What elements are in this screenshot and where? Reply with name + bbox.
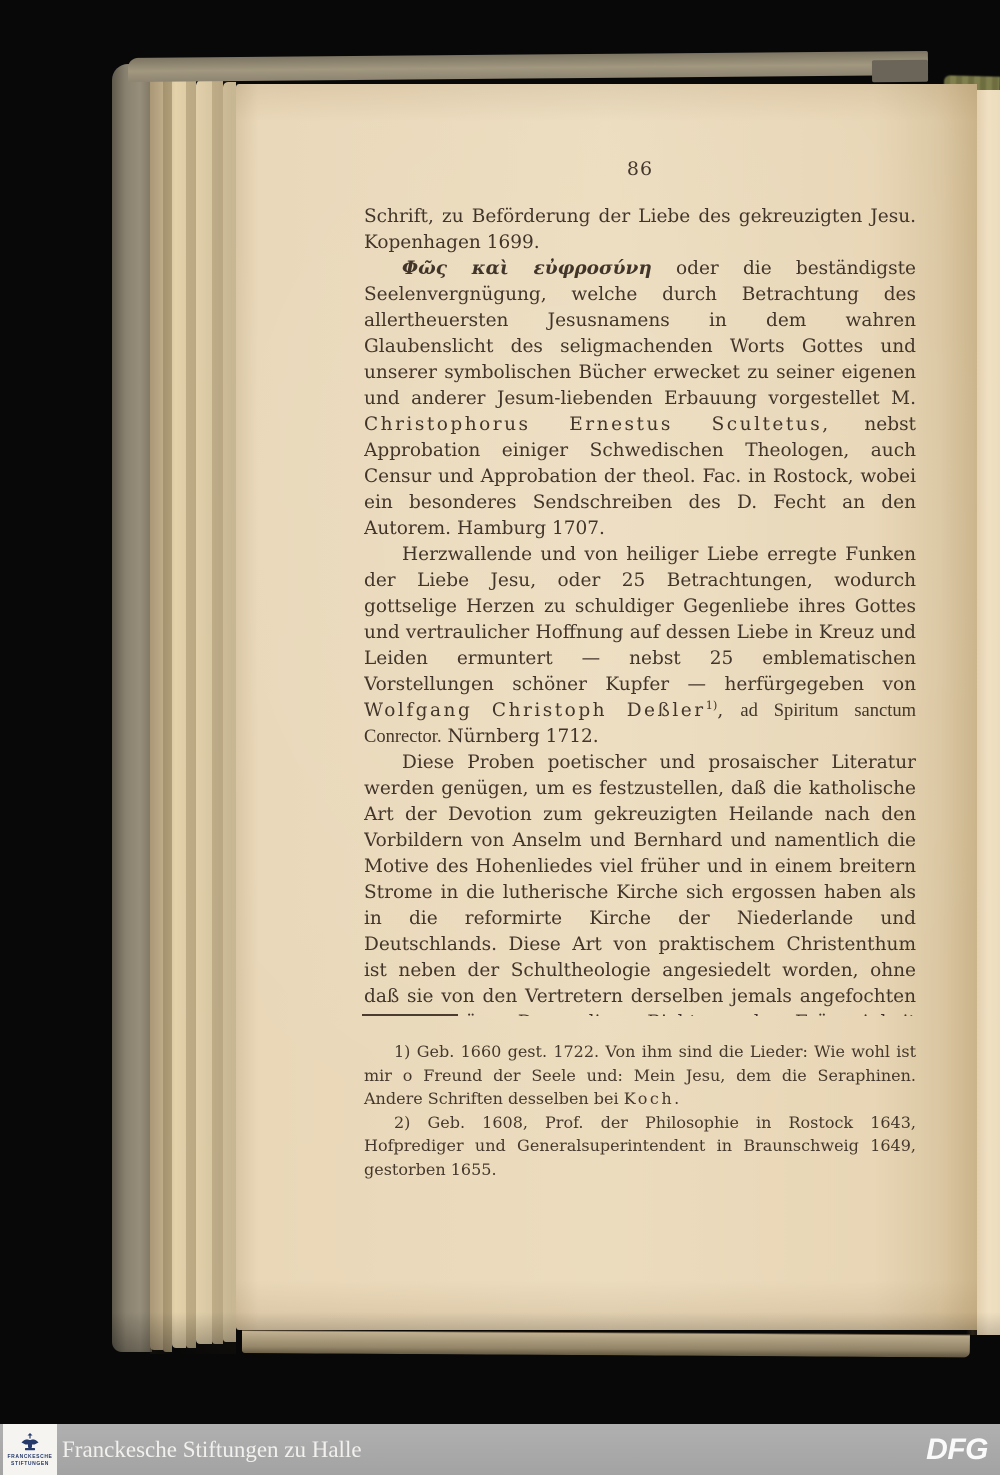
text-segment: Herzwallende und von heiliger Liebe erre… [364, 544, 916, 695]
dfg-logo[interactable]: DFG [926, 1424, 988, 1475]
franckesche-logo-text-line1: FRANCKESCHE [8, 1454, 53, 1460]
footnote: 2) Geb. 1608, Prof. der Philosophie in R… [364, 1111, 916, 1182]
text-segment: Schrift, zu Beförderung der Liebe des ge… [364, 206, 916, 253]
text-segment: , [717, 700, 740, 721]
paragraph: Φῶς καὶ εὐφροσύνη oder die beständigste … [364, 256, 916, 542]
book-top-edge-dark [872, 60, 928, 82]
page-stack-strip [212, 72, 223, 1344]
text-segment-spaced: Koch [624, 1089, 674, 1108]
text-segment: Diese Proben poetischer und prosaischer … [364, 752, 916, 1016]
text-segment: 2) Geb. 1608, Prof. der Philosophie in R… [364, 1113, 916, 1179]
page-stack-strip [186, 68, 196, 1348]
viewer-footer-bar: FRANCKESCHE STIFTUNGEN Franckesche Stift… [0, 1424, 1000, 1475]
text-segment: . [674, 1089, 679, 1108]
book-top-edge [128, 51, 928, 82]
text-segment-spaced: Wolfgang Christoph Deßler [364, 700, 706, 721]
scan-viewport: 86 Schrift, zu Beförderung der Liebe des… [0, 0, 1000, 1475]
book-cover-edge [112, 64, 152, 1352]
text-segment-spaced: Christophorus Ernestus Scultetus [364, 414, 822, 435]
text-segment-greek: Φῶς καὶ εὐφροσύνη [402, 258, 652, 279]
page-number: 86 [364, 158, 916, 180]
page-stack-strip [196, 80, 212, 1344]
franckesche-logo-text-line2: STIFTUNGEN [11, 1461, 49, 1467]
text-segment: oder die beständigste Seelenvergnügung, … [364, 258, 916, 409]
franckesche-stiftungen-logo[interactable]: FRANCKESCHE STIFTUNGEN [3, 1424, 57, 1475]
facing-page-edge [977, 90, 1000, 1335]
institution-name: Franckesche Stiftungen zu Halle [62, 1424, 362, 1475]
franckesche-eagle-icon [19, 1433, 41, 1453]
page-stack-strip [150, 74, 163, 1350]
text-segment: Nürnberg 1712. [442, 726, 599, 747]
text-segment-sup: 1) [706, 698, 718, 712]
page-bottom-edge [242, 1330, 970, 1357]
paragraph: Diese Proben poetischer und prosaischer … [364, 750, 916, 1016]
book-page: 86 Schrift, zu Beförderung der Liebe des… [236, 84, 977, 1330]
page-stack-strip [223, 82, 236, 1342]
footnote-separator [362, 1014, 458, 1016]
footnote: 1) Geb. 1660 gest. 1722. Von ihm sind di… [364, 1040, 916, 1111]
page-stack-strip [163, 70, 172, 1352]
body-text: Schrift, zu Beförderung der Liebe des ge… [364, 204, 916, 1016]
page-stack-strip [172, 76, 186, 1348]
footnotes: 1) Geb. 1660 gest. 1722. Von ihm sind di… [364, 1040, 916, 1181]
paragraph: Schrift, zu Beförderung der Liebe des ge… [364, 204, 916, 256]
paragraph: Herzwallende und von heiliger Liebe erre… [364, 542, 916, 750]
